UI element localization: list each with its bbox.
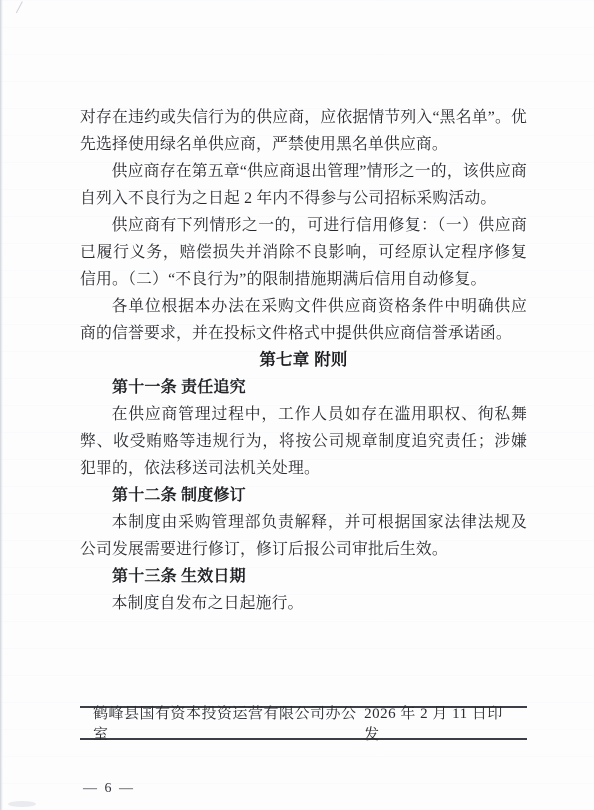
paragraph-credit-commitment: 各单位根据本办法在采购文件供应商资格条件中明确供应商的信誉要求，并在投标文件格式…	[80, 293, 527, 347]
issuer-name: 鹤峰县国有资本投资运营有限公司办公室	[93, 702, 364, 744]
paragraph-effective-date: 本制度自发布之日起施行。	[80, 590, 527, 617]
scan-edge-artifact	[0, 0, 3, 810]
paragraph-credit-repair: 供应商有下列情形之一的，可进行信用修复：（一）供应商已履行义务，赔偿损失并消除不…	[80, 212, 527, 293]
article-heading-13: 第十三条 生效日期	[80, 563, 527, 590]
document-body: 对存在违约或失信行为的供应商，应依据情节列入“黑名单”。优先选择使用绿名单供应商…	[80, 104, 527, 617]
scan-smudge	[8, 801, 36, 807]
print-date: 2026 年 2 月 11 日印发	[364, 702, 514, 744]
paragraph-exit-restriction: 供应商存在第五章“供应商退出管理”情形之一的，该供应商自列入不良行为之日起 2 …	[80, 158, 527, 212]
chapter-heading: 第七章 附则	[80, 347, 527, 374]
colophon-bar: 鹤峰县国有资本投资运营有限公司办公室 2026 年 2 月 11 日印发	[80, 706, 527, 740]
scan-corner-mark	[16, 1, 35, 20]
page-number: — 6 —	[83, 781, 135, 797]
paragraph-blacklist-continuation: 对存在违约或失信行为的供应商，应依据情节列入“黑名单”。优先选择使用绿名单供应商…	[80, 104, 527, 158]
article-heading-11: 第十一条 责任追究	[80, 374, 527, 401]
article-heading-12: 第十二条 制度修订	[80, 482, 527, 509]
document-page: 对存在违约或失信行为的供应商，应依据情节列入“黑名单”。优先选择使用绿名单供应商…	[0, 0, 594, 810]
paragraph-revision: 本制度由采购管理部负责解释，并可根据国家法律法规及公司发展需要进行修订，修订后报…	[80, 509, 527, 563]
paragraph-accountability: 在供应商管理过程中，工作人员如存在滥用职权、徇私舞弊、收受贿赂等违规行为，将按公…	[80, 401, 527, 482]
